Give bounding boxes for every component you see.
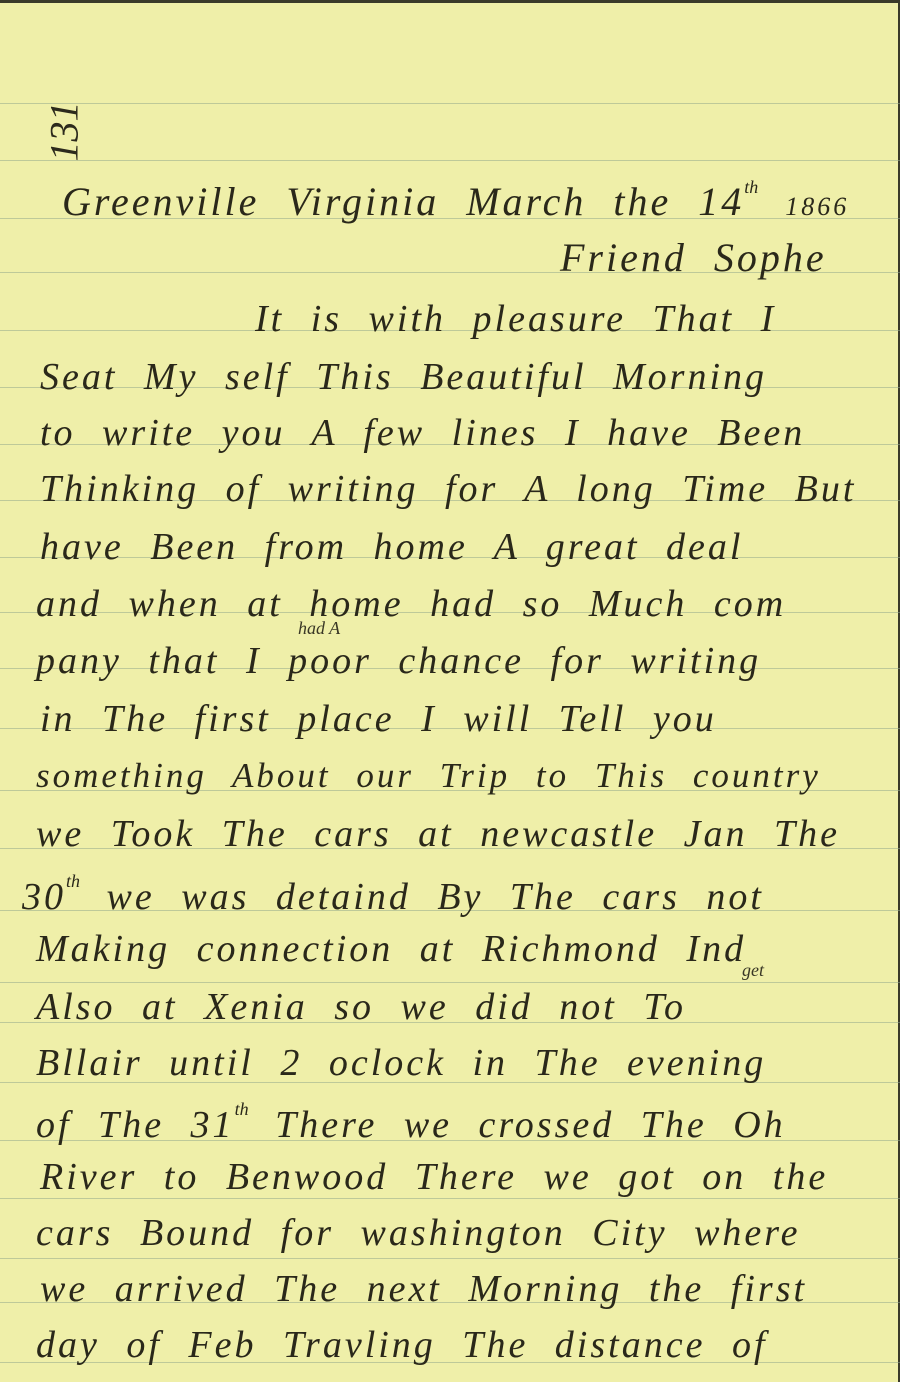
interlinear-insertion: get [742,960,764,981]
letter-line: Thinking of writing for A long Time But [40,470,856,508]
letter-line-with-date: of The 31th There we crossed The Oh [36,1100,786,1144]
archive-folio-number: 131 [41,102,88,162]
date-suffix: th [744,177,758,197]
ruled-line [0,1258,900,1259]
letter-line: Bllair until 2 oclock in The evening [36,1044,766,1082]
letter-line: something About our Trip to This country [36,758,821,793]
letter-line: we arrived The next Morning the first [40,1270,807,1308]
letter-line-with-date: 30th we was detaind By The cars not [22,872,764,916]
line-text: we was detaind By The cars not [107,876,764,918]
ruled-line [0,103,900,104]
letter-line: in The first place I will Tell you [40,700,717,738]
ruled-line [0,982,900,983]
interlinear-insertion: had A [298,618,340,639]
day-number: 30 [22,876,66,918]
page-top-edge [0,0,900,3]
letter-line: Seat My self This Beautiful Morning [40,358,767,396]
ruled-line [0,1198,900,1199]
letter-line: Making connection at Richmond Ind [36,930,746,968]
ruled-line [0,160,900,161]
letter-page: 131 Greenville Virginia March the 14th 1… [0,0,900,1382]
letter-line: have Been from home A great deal [40,528,743,566]
line-prefix: of The 31 [36,1104,235,1146]
letter-line: cars Bound for washington City where [36,1214,801,1252]
letter-line: and when at home had so Much com [36,585,786,623]
letter-line: to write you A few lines I have Been [40,414,805,452]
day-suffix: th [235,1099,249,1119]
line-text: There we crossed The Oh [275,1104,786,1146]
letter-line: Also at Xenia so we did not To [36,988,686,1026]
letter-line: we Took The cars at newcastle Jan The [36,815,840,853]
letter-line: day of Feb Travling The distance of [36,1326,768,1364]
letter-year: 1866 [785,192,849,221]
letter-salutation: Friend Sophe [560,238,827,278]
letter-line: pany that I poor chance for writing [36,642,761,680]
place-date-text: Greenville Virginia March the 14 [62,179,744,224]
letter-place-date: Greenville Virginia March the 14th 1866 [62,178,849,222]
day-suffix: th [66,871,80,891]
letter-line: It is with pleasure That I [255,300,776,338]
letter-line: River to Benwood There we got on the [40,1158,828,1196]
